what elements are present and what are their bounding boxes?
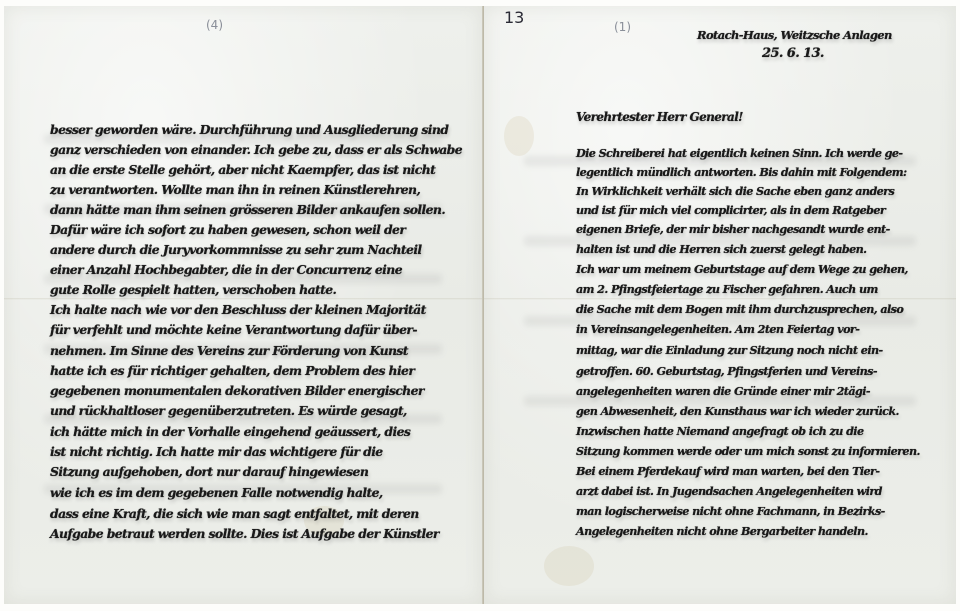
- handwritten-line: ganz verschieden von einander. Ich gebe …: [50, 142, 462, 157]
- handwritten-line: halten ist und die Herren sich zuerst ge…: [576, 242, 866, 256]
- handwritten-line: In Wirklichkeit verhält sich die Sache e…: [576, 184, 894, 198]
- handwritten-line: ist nicht richtig. Ich hatte mir das wic…: [50, 444, 383, 459]
- handwritten-line: man logischerweise nicht ohne Fachmann, …: [576, 504, 885, 518]
- horizontal-fold-crease: [484, 298, 956, 300]
- handwritten-line: am 2. Pfingstfeiertage zu Fischer gefahr…: [576, 282, 878, 296]
- handwritten-line: mittag, war die Einladung zur Sitzung no…: [576, 343, 883, 357]
- handwritten-line: Aufgabe betraut werden sollte. Dies ist …: [50, 526, 439, 541]
- handwritten-line: eigenen Briefe, der mir bisher nachgesan…: [576, 222, 890, 236]
- handwritten-line: Inzwischen hatte Niemand angefragt ob ic…: [576, 424, 863, 438]
- handwritten-line: gute Rolle gespielt hatten, verschoben h…: [50, 282, 336, 297]
- handwritten-line: arzt dabei ist. In Jugendsachen Angelege…: [576, 484, 882, 498]
- handwritten-line: angelegenheiten waren die Gründe einer m…: [576, 384, 870, 398]
- handwritten-line: legentlich mündlich antworten. Bis dahin…: [576, 165, 907, 179]
- pencil-page-number: (4): [206, 18, 223, 32]
- handwritten-line: ich hätte mich in der Vorhalle eingehend…: [50, 424, 410, 439]
- handwritten-line: Die Schreiberei hat eigentlich keinen Si…: [576, 146, 902, 160]
- handwritten-line: in Vereinsangelegenheiten. Am 2ten Feier…: [576, 322, 859, 336]
- handwritten-line: Sitzung kommen werde oder um mich sonst …: [576, 444, 920, 458]
- letter-date: 25. 6. 13.: [762, 46, 824, 61]
- handwritten-line: wie ich es im dem gegebenen Falle notwen…: [50, 485, 383, 500]
- handwritten-line: Angelegenheiten nicht ohne Bergarbeiter …: [576, 524, 868, 538]
- handwritten-line: gegebenen monumentalen dekorativen Bilde…: [50, 383, 424, 398]
- handwritten-line: gen Abwesenheit, den Kunsthaus war ich w…: [576, 404, 899, 418]
- handwritten-line: andere durch die Juryvorkommnisse zu seh…: [50, 242, 422, 257]
- right-page: 13 (1) Rotach-Haus, Weitzsche Anlagen 25…: [483, 6, 956, 604]
- horizontal-fold-crease: [4, 298, 482, 300]
- handwritten-line: zu verantworten. Wollte man ihn in reine…: [50, 182, 420, 197]
- letter-salutation: Verehrtester Herr General!: [576, 110, 743, 124]
- left-page: (4) besser geworden wäre. Durchführung u…: [4, 6, 483, 604]
- letter-place: Rotach-Haus, Weitzsche Anlagen: [697, 28, 892, 42]
- handwritten-line: nehmen. Im Sinne des Vereins zur Förderu…: [50, 343, 408, 358]
- handwritten-line: Sitzung aufgehoben, dort nur darauf hing…: [50, 464, 368, 479]
- handwritten-line: getroffen. 60. Geburtstag, Pfingstferien…: [576, 364, 877, 378]
- handwritten-line: dass eine Kraft, die sich wie man sagt e…: [50, 506, 419, 521]
- folio-number: 13: [504, 8, 524, 27]
- handwritten-line: hatte ich es für richtiger gehalten, dem…: [50, 363, 414, 378]
- handwritten-line: an die erste Stelle gehört, aber nicht K…: [50, 162, 435, 177]
- handwritten-line: Ich halte nach wie vor den Beschluss der…: [50, 302, 426, 317]
- handwritten-line: Dafür wäre ich sofort zu haben gewesen, …: [50, 222, 405, 237]
- document-spread: (4) besser geworden wäre. Durchführung u…: [0, 0, 960, 611]
- handwritten-line: und ist für mich viel complicirter, als …: [576, 203, 885, 217]
- handwritten-line: einer Anzahl Hochbegabter, die in der Co…: [50, 262, 402, 277]
- handwritten-line: dann hätte man ihm seinen grösseren Bild…: [50, 202, 445, 217]
- pencil-page-number: (1): [614, 20, 631, 34]
- handwritten-line: besser geworden wäre. Durchführung und A…: [50, 122, 448, 137]
- handwritten-line: für verfehlt und möchte keine Verantwort…: [50, 322, 417, 337]
- paper-stain: [504, 116, 534, 156]
- handwritten-line: und rückhaltloser gegenüberzutreten. Es …: [50, 403, 407, 418]
- handwritten-line: die Sache mit dem Bogen mit ihm durchzus…: [576, 302, 903, 316]
- handwritten-line: Bei einem Pferdekauf wird man warten, be…: [576, 464, 879, 478]
- paper-stain: [544, 546, 594, 586]
- handwritten-line: Ich war um meinem Geburtstage auf dem We…: [576, 262, 908, 276]
